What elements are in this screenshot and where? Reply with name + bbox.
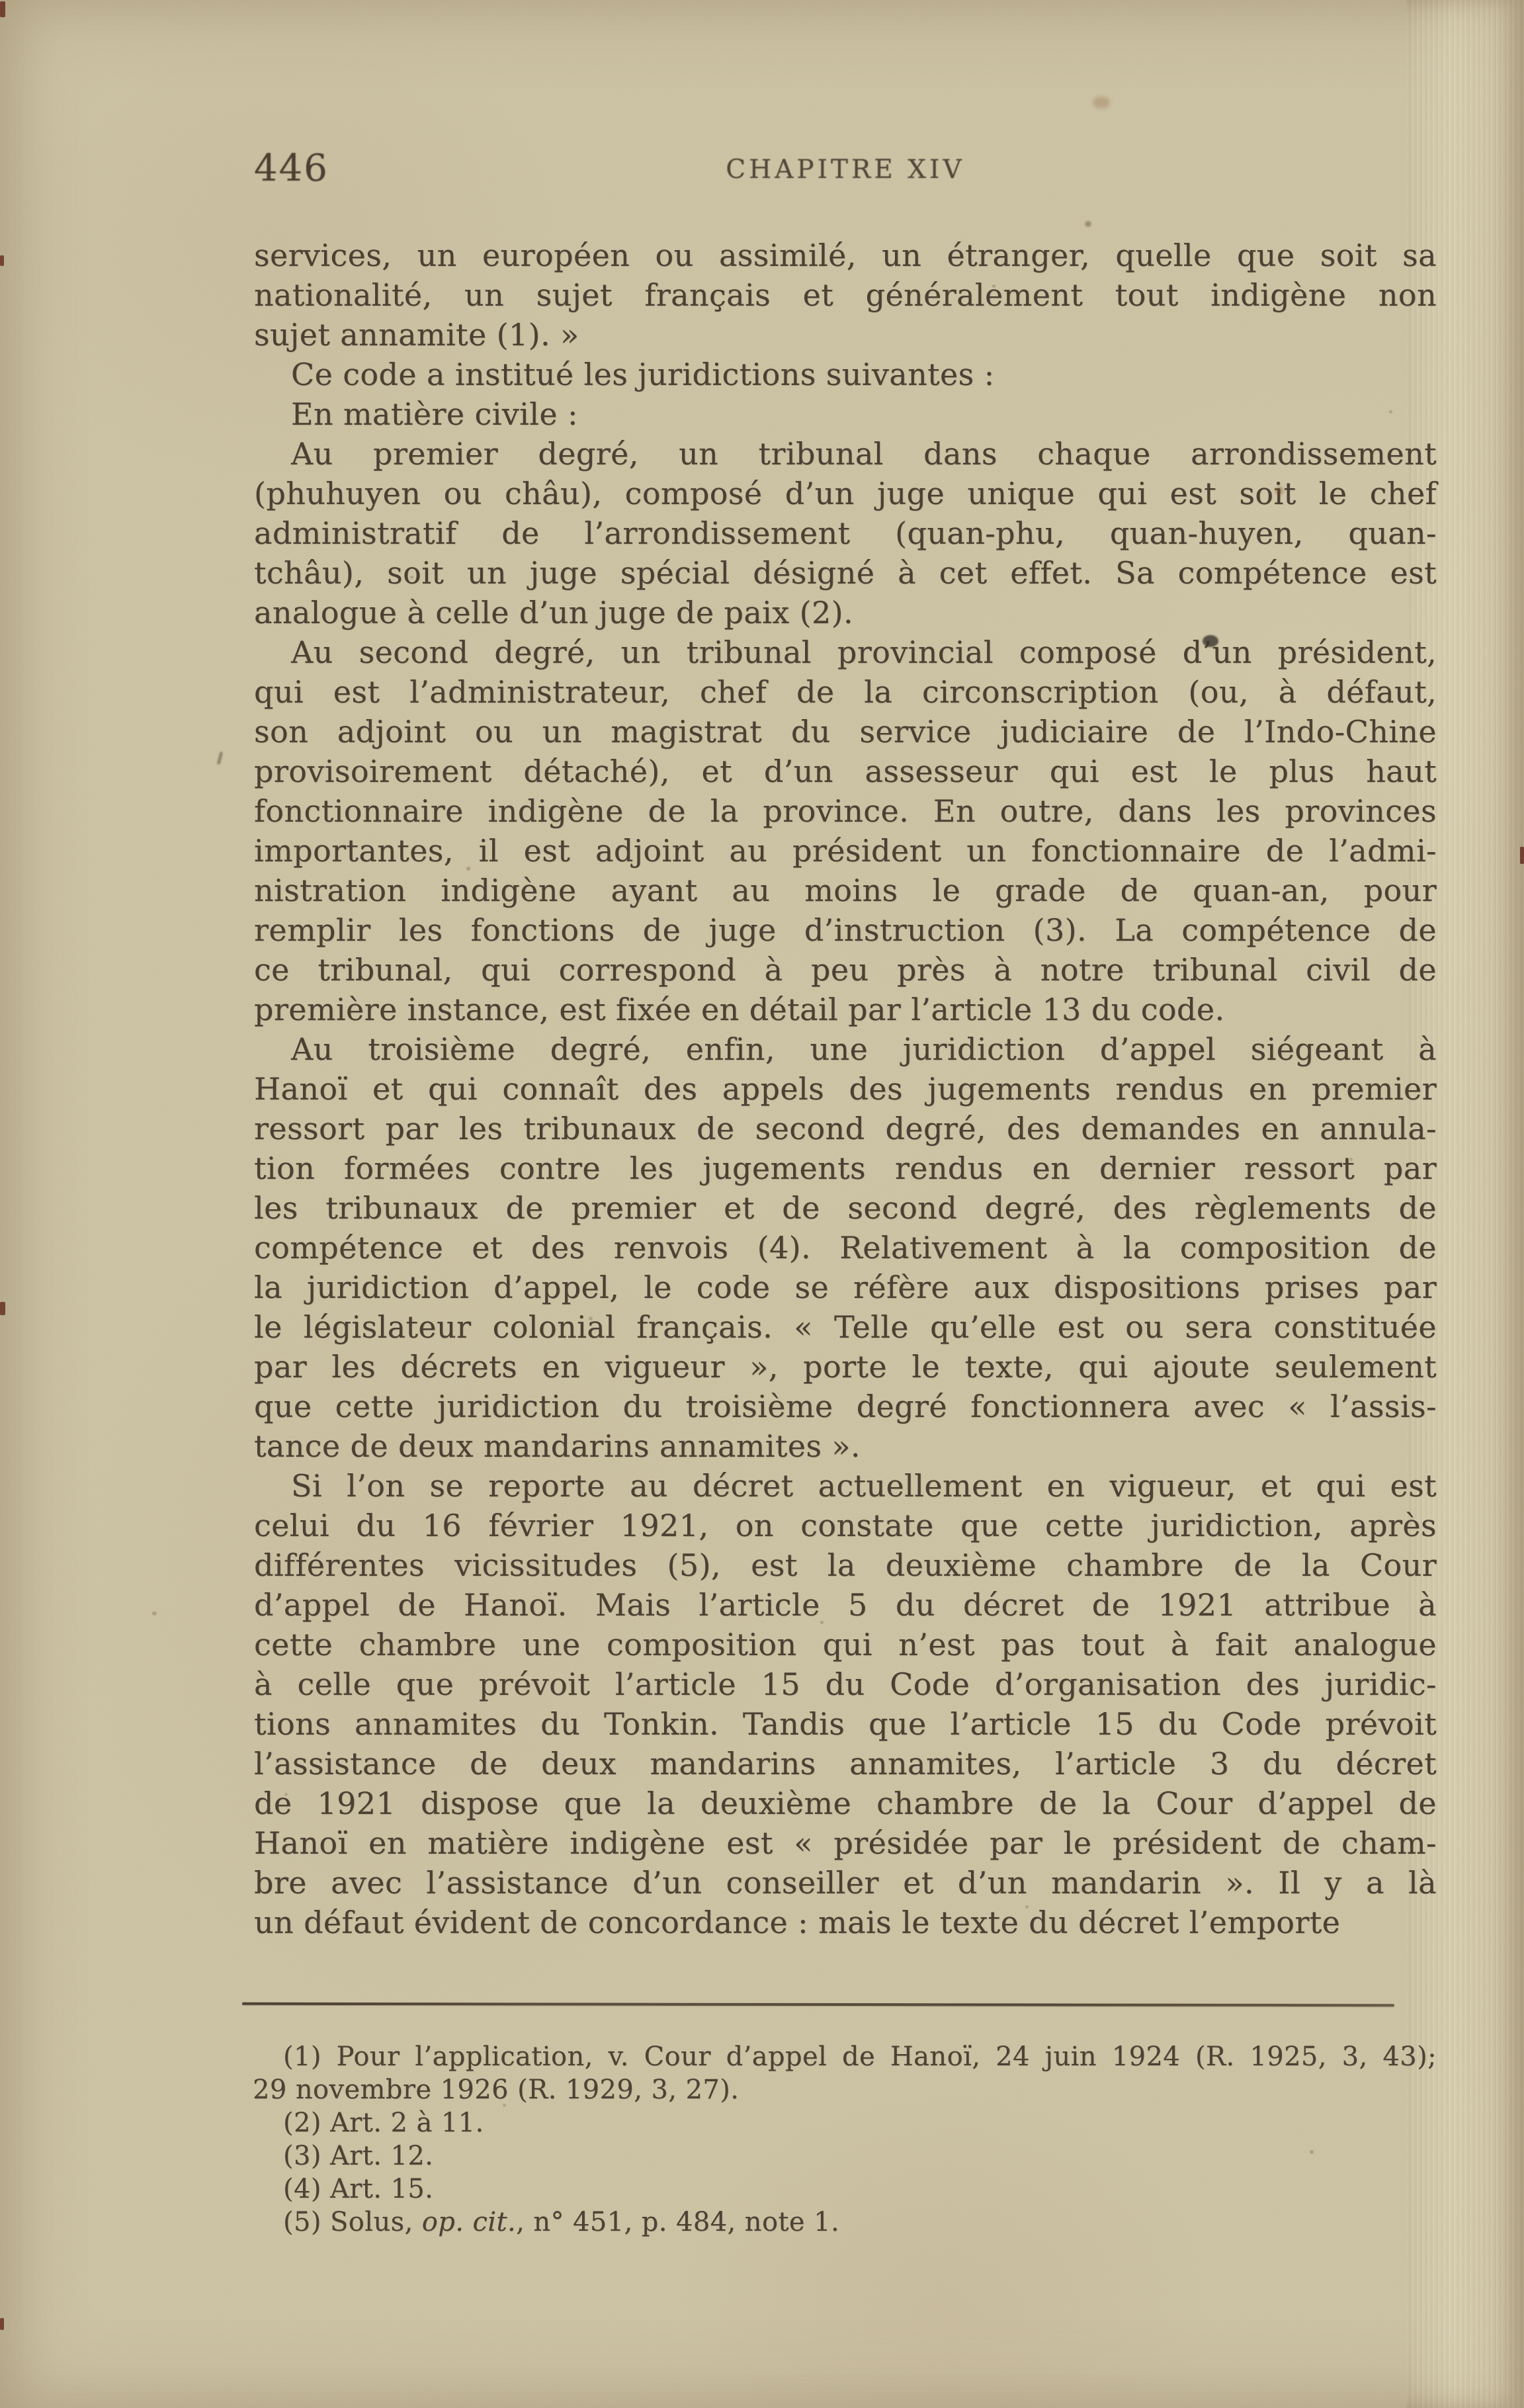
text-line: Si l’on se reporte au décret actuellemen… [254, 1466, 1437, 1506]
margin-pencil-mark [217, 752, 224, 765]
scan-edge-artifact [0, 1, 5, 17]
footnote-text: (4) Art. 15. [283, 2174, 433, 2204]
text-line: tchâu), soit un juge spécial désigné à c… [254, 553, 1437, 593]
text-line: bre avec l’assistance d’un conseiller et… [254, 1863, 1437, 1903]
text-line: Ce code a institué les juridictions suiv… [254, 355, 1437, 394]
text-line: services, un européen ou assimilé, un ét… [254, 236, 1437, 275]
footnote-line: (1) Pour l’application, v. Cour d’appel … [253, 2040, 1437, 2073]
text-line: Au second degré, un tribunal provincial … [254, 632, 1437, 672]
text-line: tion formées contre les jugements rendus… [254, 1148, 1437, 1188]
text-line: sujet annamite (1). » [254, 315, 1437, 355]
footnote-text: 29 novembre 1926 (R. 1929, 3, 27). [253, 2075, 739, 2105]
footnote-text: (5) Solus, [283, 2207, 422, 2237]
paper-stain [1093, 97, 1110, 108]
text-line: nistration indigène ayant au moins le gr… [254, 871, 1437, 910]
text-line: administratif de l’arrondissement (quan-… [254, 513, 1437, 553]
footnote-text: (2) Art. 2 à 11. [283, 2108, 484, 2138]
text-line: Au troisième degré, enfin, une juridicti… [254, 1029, 1437, 1069]
text-line: première instance, est fixée en détail p… [254, 990, 1437, 1029]
footnote-text: , n° 451, p. 484, note 1. [516, 2207, 839, 2237]
footnote-line: (3) Art. 12. [253, 2139, 1437, 2172]
text-line: tions annamites du Tonkin. Tandis que l’… [254, 1704, 1437, 1744]
scan-edge-artifact [0, 1302, 5, 1315]
text-line: provisoirement détaché), et d’un assesse… [254, 752, 1437, 791]
text-line: le législateur colonial français. « Tell… [254, 1307, 1437, 1347]
text-line: ressort par les tribunaux de second degr… [254, 1109, 1437, 1148]
text-line: différentes vicissitudes (5), est la deu… [254, 1545, 1437, 1585]
text-line: qui est l’administrateur, chef de la cir… [254, 672, 1437, 712]
footnote-line: (2) Art. 2 à 11. [253, 2106, 1437, 2139]
text-line: importantes, il est adjoint au président… [254, 831, 1437, 871]
text-line: à celle que prévoit l’article 15 du Code… [254, 1664, 1437, 1704]
footnote-italic-text: op. cit. [422, 2207, 516, 2237]
footnote-line: 29 novembre 1926 (R. 1929, 3, 27). [253, 2073, 1437, 2106]
footnote-line: (4) Art. 15. [253, 2172, 1437, 2206]
text-line: analogue à celle d’un juge de paix (2). [254, 593, 1437, 632]
text-line: Hanoï en matière indigène est « présidée… [254, 1823, 1437, 1863]
text-line: En matière civile : [254, 394, 1437, 434]
text-line: nationalité, un sujet français et généra… [254, 275, 1437, 315]
text-line: remplir les fonctions de juge d’instruct… [254, 910, 1437, 950]
footnote-separator-rule [242, 2002, 1394, 2006]
text-line: par les décrets en vigueur », porte le t… [254, 1347, 1437, 1387]
scanned-book-page: 446 CHAPITRE XIV services, un européen o… [0, 0, 1524, 2408]
text-line: d’appel de Hanoï. Mais l’article 5 du dé… [254, 1585, 1437, 1625]
text-line: celui du 16 février 1921, on constate qu… [254, 1506, 1437, 1545]
scan-edge-artifact [0, 255, 4, 266]
text-line: (phuhuyen ou châu), composé d’un juge un… [254, 474, 1437, 513]
footnote-text: (3) Art. 12. [283, 2141, 433, 2171]
footnotes: (1) Pour l’application, v. Cour d’appel … [253, 2040, 1437, 2239]
text-line: ce tribunal, qui correspond à peu près à… [254, 950, 1437, 990]
text-line: fonctionnaire indigène de la province. E… [254, 791, 1437, 831]
text-line: cette chambre une composition qui n’est … [254, 1625, 1437, 1664]
text-line: la juridiction d’appel, le code se réfèr… [254, 1268, 1437, 1307]
text-line: l’assistance de deux mandarins annamites… [254, 1744, 1437, 1784]
running-header: CHAPITRE XIV [254, 155, 1437, 185]
footnote-line: (5) Solus, op. cit., n° 451, p. 484, not… [253, 2206, 1437, 2239]
paper-freckle [152, 1612, 157, 1615]
text-line: Au premier degré, un tribunal dans chaqu… [254, 434, 1437, 474]
paper-stain [1085, 221, 1091, 227]
text-line: un défaut évident de concordance : mais … [254, 1903, 1437, 1942]
text-line: que cette juridiction du troisième degré… [254, 1387, 1437, 1426]
body-text: services, un européen ou assimilé, un ét… [254, 236, 1437, 1942]
text-line: les tribunaux de premier et de second de… [254, 1188, 1437, 1228]
text-line: son adjoint ou un magistrat du service j… [254, 712, 1437, 752]
text-line: compétence et des renvois (4). Relativem… [254, 1228, 1437, 1268]
footnote-text: (1) Pour l’application, v. Cour d’appel … [283, 2042, 1437, 2072]
text-line: de 1921 dispose que la deuxième chambre … [254, 1784, 1437, 1823]
scan-edge-artifact [0, 2318, 4, 2330]
text-line: tance de deux mandarins annamites ». [254, 1426, 1437, 1466]
text-line: Hanoï et qui connaît des appels des juge… [254, 1069, 1437, 1109]
